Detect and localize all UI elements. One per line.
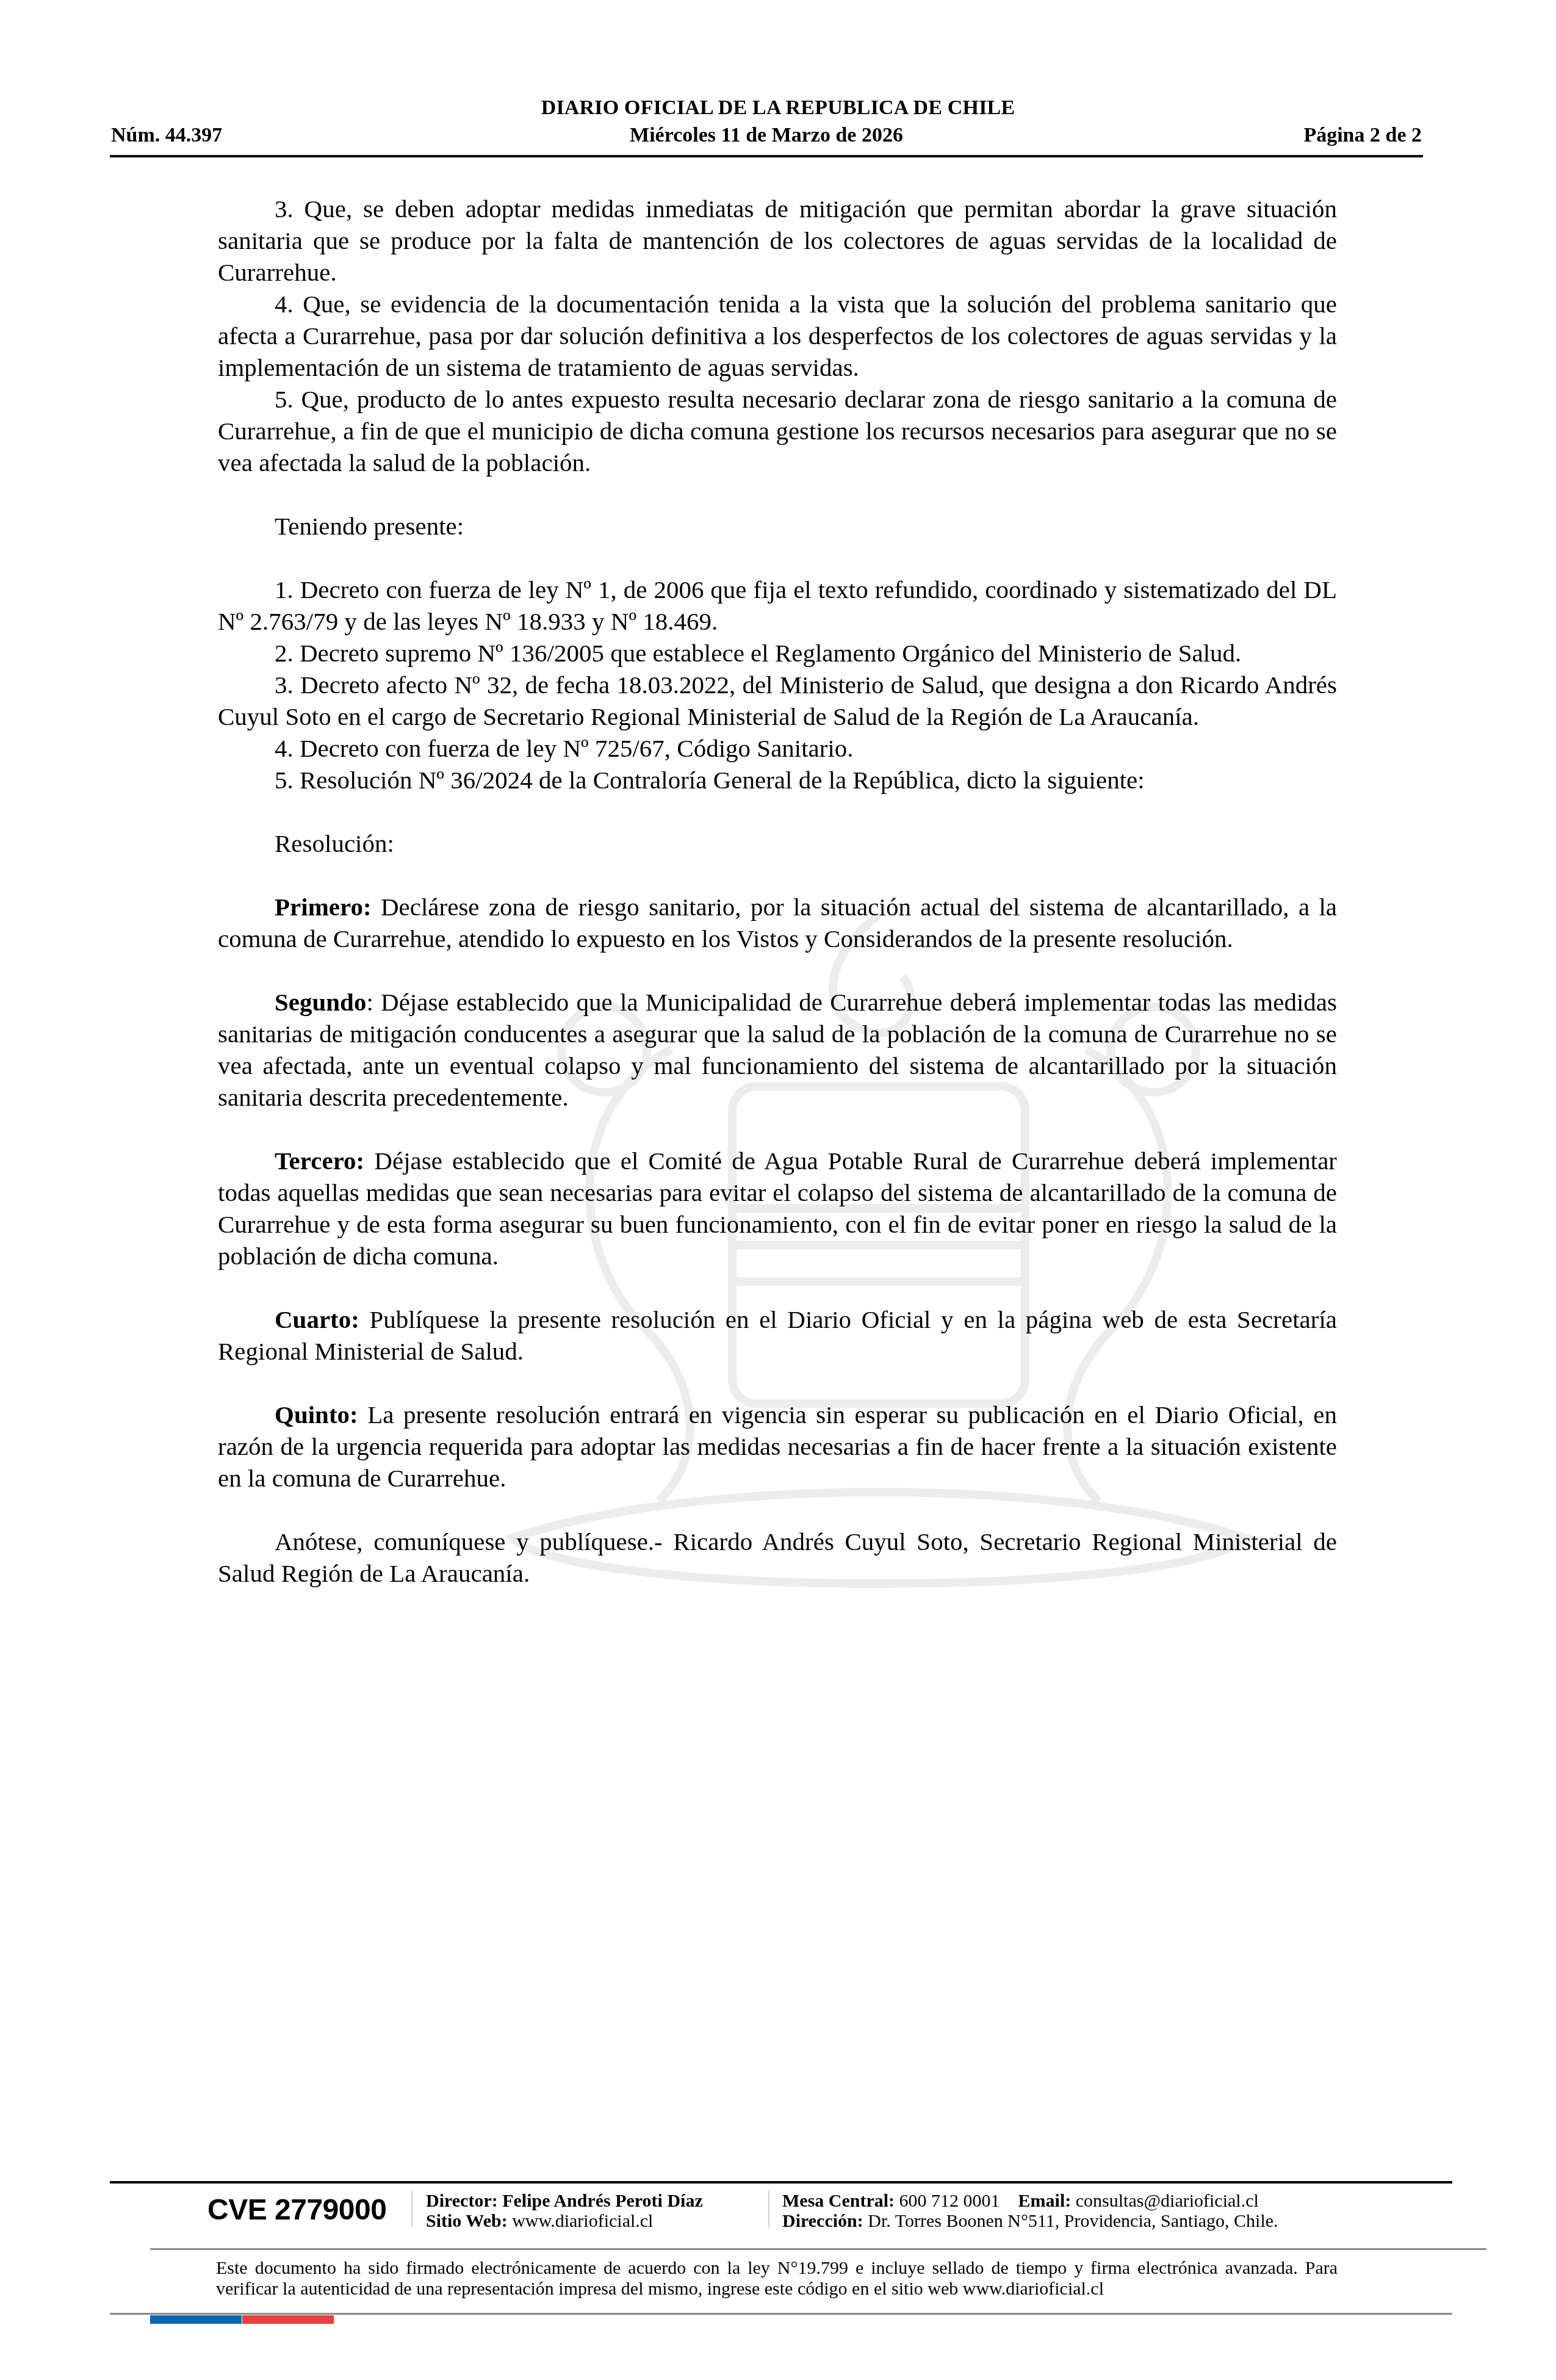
director-line: Director: Felipe Andrés Peroti Díaz <box>426 2191 703 2211</box>
footer-separator <box>768 2191 769 2227</box>
teniendo-presente-heading: Teniendo presente: <box>218 510 1337 542</box>
resolutivo-text: Declárese zona de riesgo sanitario, por … <box>218 893 1337 953</box>
considerando-3: 3. Que, se deben adoptar medidas inmedia… <box>218 193 1337 288</box>
director-label: Director: <box>426 2191 498 2211</box>
resolutivo-label: Cuarto: <box>275 1305 359 1333</box>
page-indicator: Página 2 de 2 <box>1303 124 1422 147</box>
resolutivo-text: Publíquese la presente resolución en el … <box>218 1305 1337 1365</box>
address-label: Dirección: <box>782 2211 863 2231</box>
electronic-signature-note: Este documento ha sido firmado electróni… <box>216 2258 1338 2299</box>
address-value: Dr. Torres Boonen N°511, Providencia, Sa… <box>863 2211 1278 2231</box>
header-divider <box>110 155 1423 157</box>
resolution-body: 3. Que, se deben adoptar medidas inmedia… <box>218 193 1337 1589</box>
website-label: Sitio Web: <box>426 2211 508 2231</box>
visto-4: 4. Decreto con fuerza de ley Nº 725/67, … <box>218 732 1337 764</box>
cve-code: CVE 2779000 <box>207 2191 386 2230</box>
resolutivo-text: Déjase establecido que el Comité de Agua… <box>218 1147 1337 1270</box>
resolucion-heading: Resolución: <box>218 828 1337 859</box>
contact-line: Mesa Central: 600 712 0001 Email: consul… <box>782 2191 1278 2211</box>
visto-5: 5. Resolución Nº 36/2024 de la Contralor… <box>218 764 1337 796</box>
email-link[interactable]: consultas@diarioficial.cl <box>1071 2191 1259 2211</box>
resolutivo-tercero: Tercero: Déjase establecido que el Comit… <box>218 1145 1337 1272</box>
visto-1: 1. Decreto con fuerza de ley Nº 1, de 20… <box>218 574 1337 637</box>
resolutivo-quinto: Quinto: La presente resolución entrará e… <box>218 1399 1337 1494</box>
considerando-4: 4. Que, se evidencia de la documentación… <box>218 288 1337 383</box>
footer-divider-top <box>110 2181 1452 2183</box>
email-label: Email: <box>1018 2191 1072 2211</box>
resolutivo-label: Segundo <box>275 988 366 1016</box>
footer-contact-block: Mesa Central: 600 712 0001 Email: consul… <box>782 2191 1278 2231</box>
director-name: Felipe Andrés Peroti Díaz <box>498 2191 703 2211</box>
resolutivo-cuarto: Cuarto: Publíquese la presente resolució… <box>218 1304 1337 1367</box>
visto-3: 3. Decreto afecto Nº 32, de fecha 18.03.… <box>218 669 1337 732</box>
resolutivo-primero: Primero: Declárese zona de riesgo sanita… <box>218 891 1337 954</box>
resolutivo-text: La presente resolución entrará en vigenc… <box>218 1401 1337 1492</box>
footer-director-block: Director: Felipe Andrés Peroti Díaz Siti… <box>426 2191 703 2231</box>
address-line: Dirección: Dr. Torres Boonen N°511, Prov… <box>782 2211 1278 2231</box>
considerando-5: 5. Que, producto de lo antes expuesto re… <box>218 383 1337 478</box>
closing-signature: Anótese, comuníquese y publíquese.- Rica… <box>218 1526 1337 1589</box>
footer-separator <box>411 2191 412 2227</box>
visto-2: 2. Decreto supremo Nº 136/2005 que estab… <box>218 637 1337 669</box>
resolutivo-label: Tercero: <box>275 1147 364 1175</box>
phone-label: Mesa Central: <box>782 2191 895 2211</box>
footer-divider-middle <box>150 2248 1486 2250</box>
flag-stripe-red <box>242 2315 334 2324</box>
resolutivo-label: Primero: <box>275 893 372 921</box>
resolutivo-label: Quinto: <box>275 1401 358 1429</box>
resolutivo-text: : Déjase establecido que la Municipalida… <box>218 988 1337 1111</box>
header-row: Núm. 44.397 Miércoles 11 de Marzo de 202… <box>111 124 1422 150</box>
website-line: Sitio Web: www.diarioficial.cl <box>426 2211 703 2231</box>
website-link[interactable]: www.diarioficial.cl <box>508 2211 654 2231</box>
phone-value: 600 712 0001 <box>895 2191 1000 2211</box>
newspaper-title: DIARIO OFICIAL DE LA REPUBLICA DE CHILE <box>0 96 1556 120</box>
issue-date: Miércoles 11 de Marzo de 2026 <box>111 124 1422 147</box>
flag-stripe-blue <box>150 2315 242 2324</box>
resolutivo-segundo: Segundo: Déjase establecido que la Munic… <box>218 986 1337 1113</box>
footer-divider-bottom <box>110 2313 1452 2315</box>
